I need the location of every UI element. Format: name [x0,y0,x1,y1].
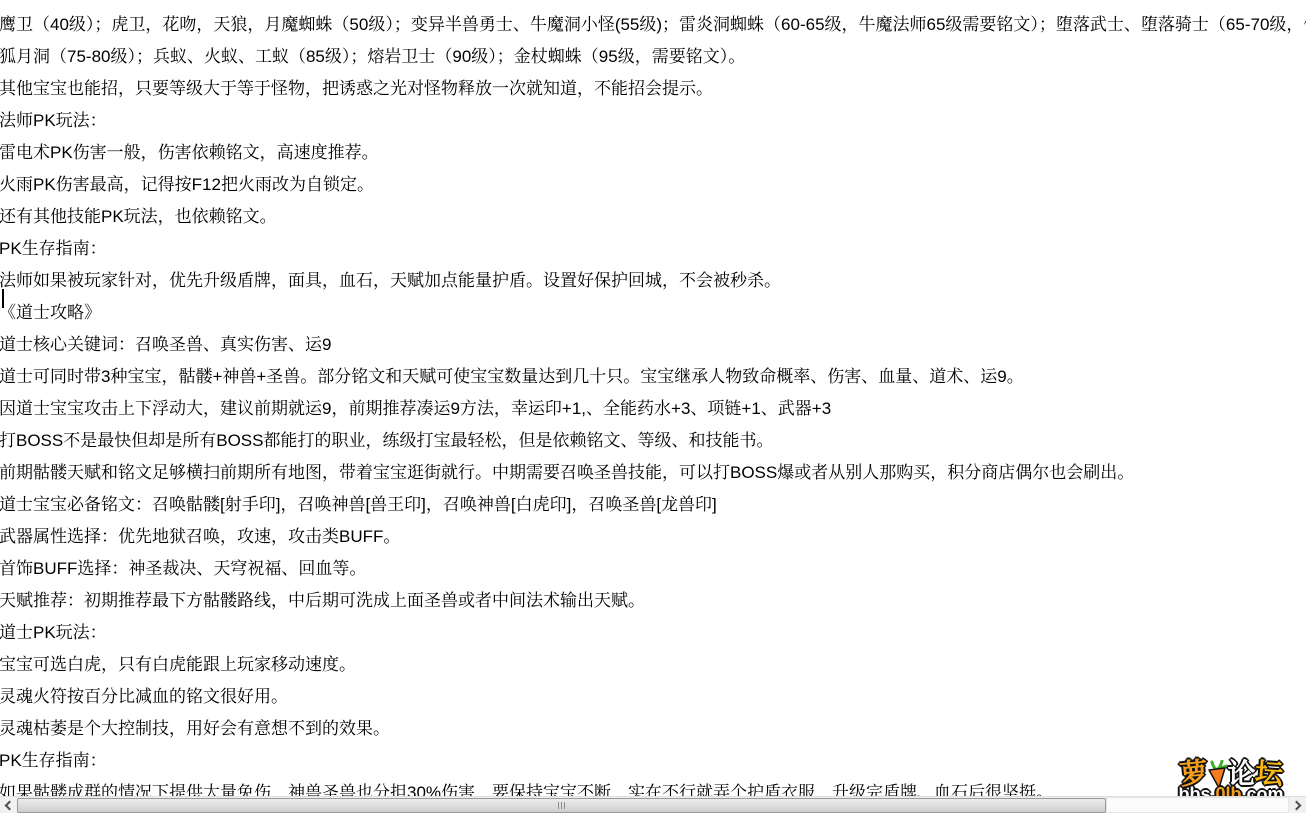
text-line: 法师PK玩法： [0,105,1306,137]
document-text: 鹰卫（40级）；虎卫，花吻，天狼，月魔蜘蛛（50级）；变异半兽勇士、牛魔洞小怪(… [0,0,1306,805]
scrollbar-thumb[interactable] [17,798,1106,813]
text-line: 其他宝宝也能招，只要等级大于等于怪物，把诱惑之光对怪物释放一次就知道，不能招会提… [0,73,1306,105]
text-line: 道士PK玩法： [0,617,1306,649]
scrollbar-grip-icon [557,802,566,809]
document-viewer: { "document": { "lines": [ "鹰卫（40级）；虎卫，花… [0,0,1306,813]
text-line: 还有其他技能PK玩法，也依赖铭文。 [0,201,1306,233]
text-line: 道士可同时带3种宝宝，骷髅+神兽+圣兽。部分铭文和天赋可使宝宝数量达到几十只。宝… [0,361,1306,393]
scroll-right-button[interactable] [1289,797,1306,813]
text-caret [2,289,4,308]
text-line: PK生存指南： [0,233,1306,265]
text-line: 天赋推荐：初期推荐最下方骷髅路线，中后期可洗成上面圣兽或者中间法术输出天赋。 [0,585,1306,617]
scrollbar-track[interactable] [1106,797,1289,813]
text-line: 灵魂枯萎是个大控制技，用好会有意想不到的效果。 [0,713,1306,745]
watermark-char-luo: 萝 [1179,759,1209,790]
text-line: 前期骷髅天赋和铭文足够横扫前期所有地图，带着宝宝逛街就行。中期需要召唤圣兽技能，… [0,457,1306,489]
text-line: 狐月洞（75-80级）；兵蚁、火蚁、工蚁（85级）；熔岩卫士（90级）；金杖蜘蛛… [0,41,1306,73]
text-line: 道士核心关键词：召唤圣兽、真实伤害、运9 [0,329,1306,361]
chevron-left-icon [5,800,15,810]
text-line: 道士宝宝必备铭文：召唤骷髅[射手印]，召唤神兽[兽王印]，召唤神兽[白虎印]，召… [0,489,1306,521]
text-line: 首饰BUFF选择：神圣裁决、天穹祝福、回血等。 [0,553,1306,585]
horizontal-scrollbar[interactable] [0,796,1306,813]
scroll-left-button[interactable] [0,797,17,813]
text-line: 因道士宝宝攻击上下浮动大，建议前期就运9，前期推荐凑运9方法，幸运印+1,、全能… [0,393,1306,425]
text-line: 打BOSS不是最快但却是所有BOSS都能打的职业，练级打宝最轻松，但是依赖铭文、… [0,425,1306,457]
chevron-right-icon [1292,800,1302,810]
text-line: 《道士攻略》 [0,297,1306,329]
text-line: 宝宝可选白虎，只有白虎能跟上玩家移动速度。 [0,649,1306,681]
text-line: 灵魂火符按百分比减血的铭文很好用。 [0,681,1306,713]
text-line: 雷电术PK伤害一般，伤害依赖铭文，高速度推荐。 [0,137,1306,169]
text-line: PK生存指南： [0,745,1306,777]
watermark-char-tan: 坛 [1254,759,1283,789]
text-line: 鹰卫（40级）；虎卫，花吻，天狼，月魔蜘蛛（50级）；变异半兽勇士、牛魔洞小怪(… [0,9,1306,41]
text-line: 武器属性选择：优先地狱召唤，攻速，攻击类BUFF。 [0,521,1306,553]
text-line: 法师如果被玩家针对，优先升级盾牌，面具，血石，天赋加点能量护盾。设置好保护回城，… [0,265,1306,297]
text-line: 火雨PK伤害最高，记得按F12把火雨改为自锁定。 [0,169,1306,201]
